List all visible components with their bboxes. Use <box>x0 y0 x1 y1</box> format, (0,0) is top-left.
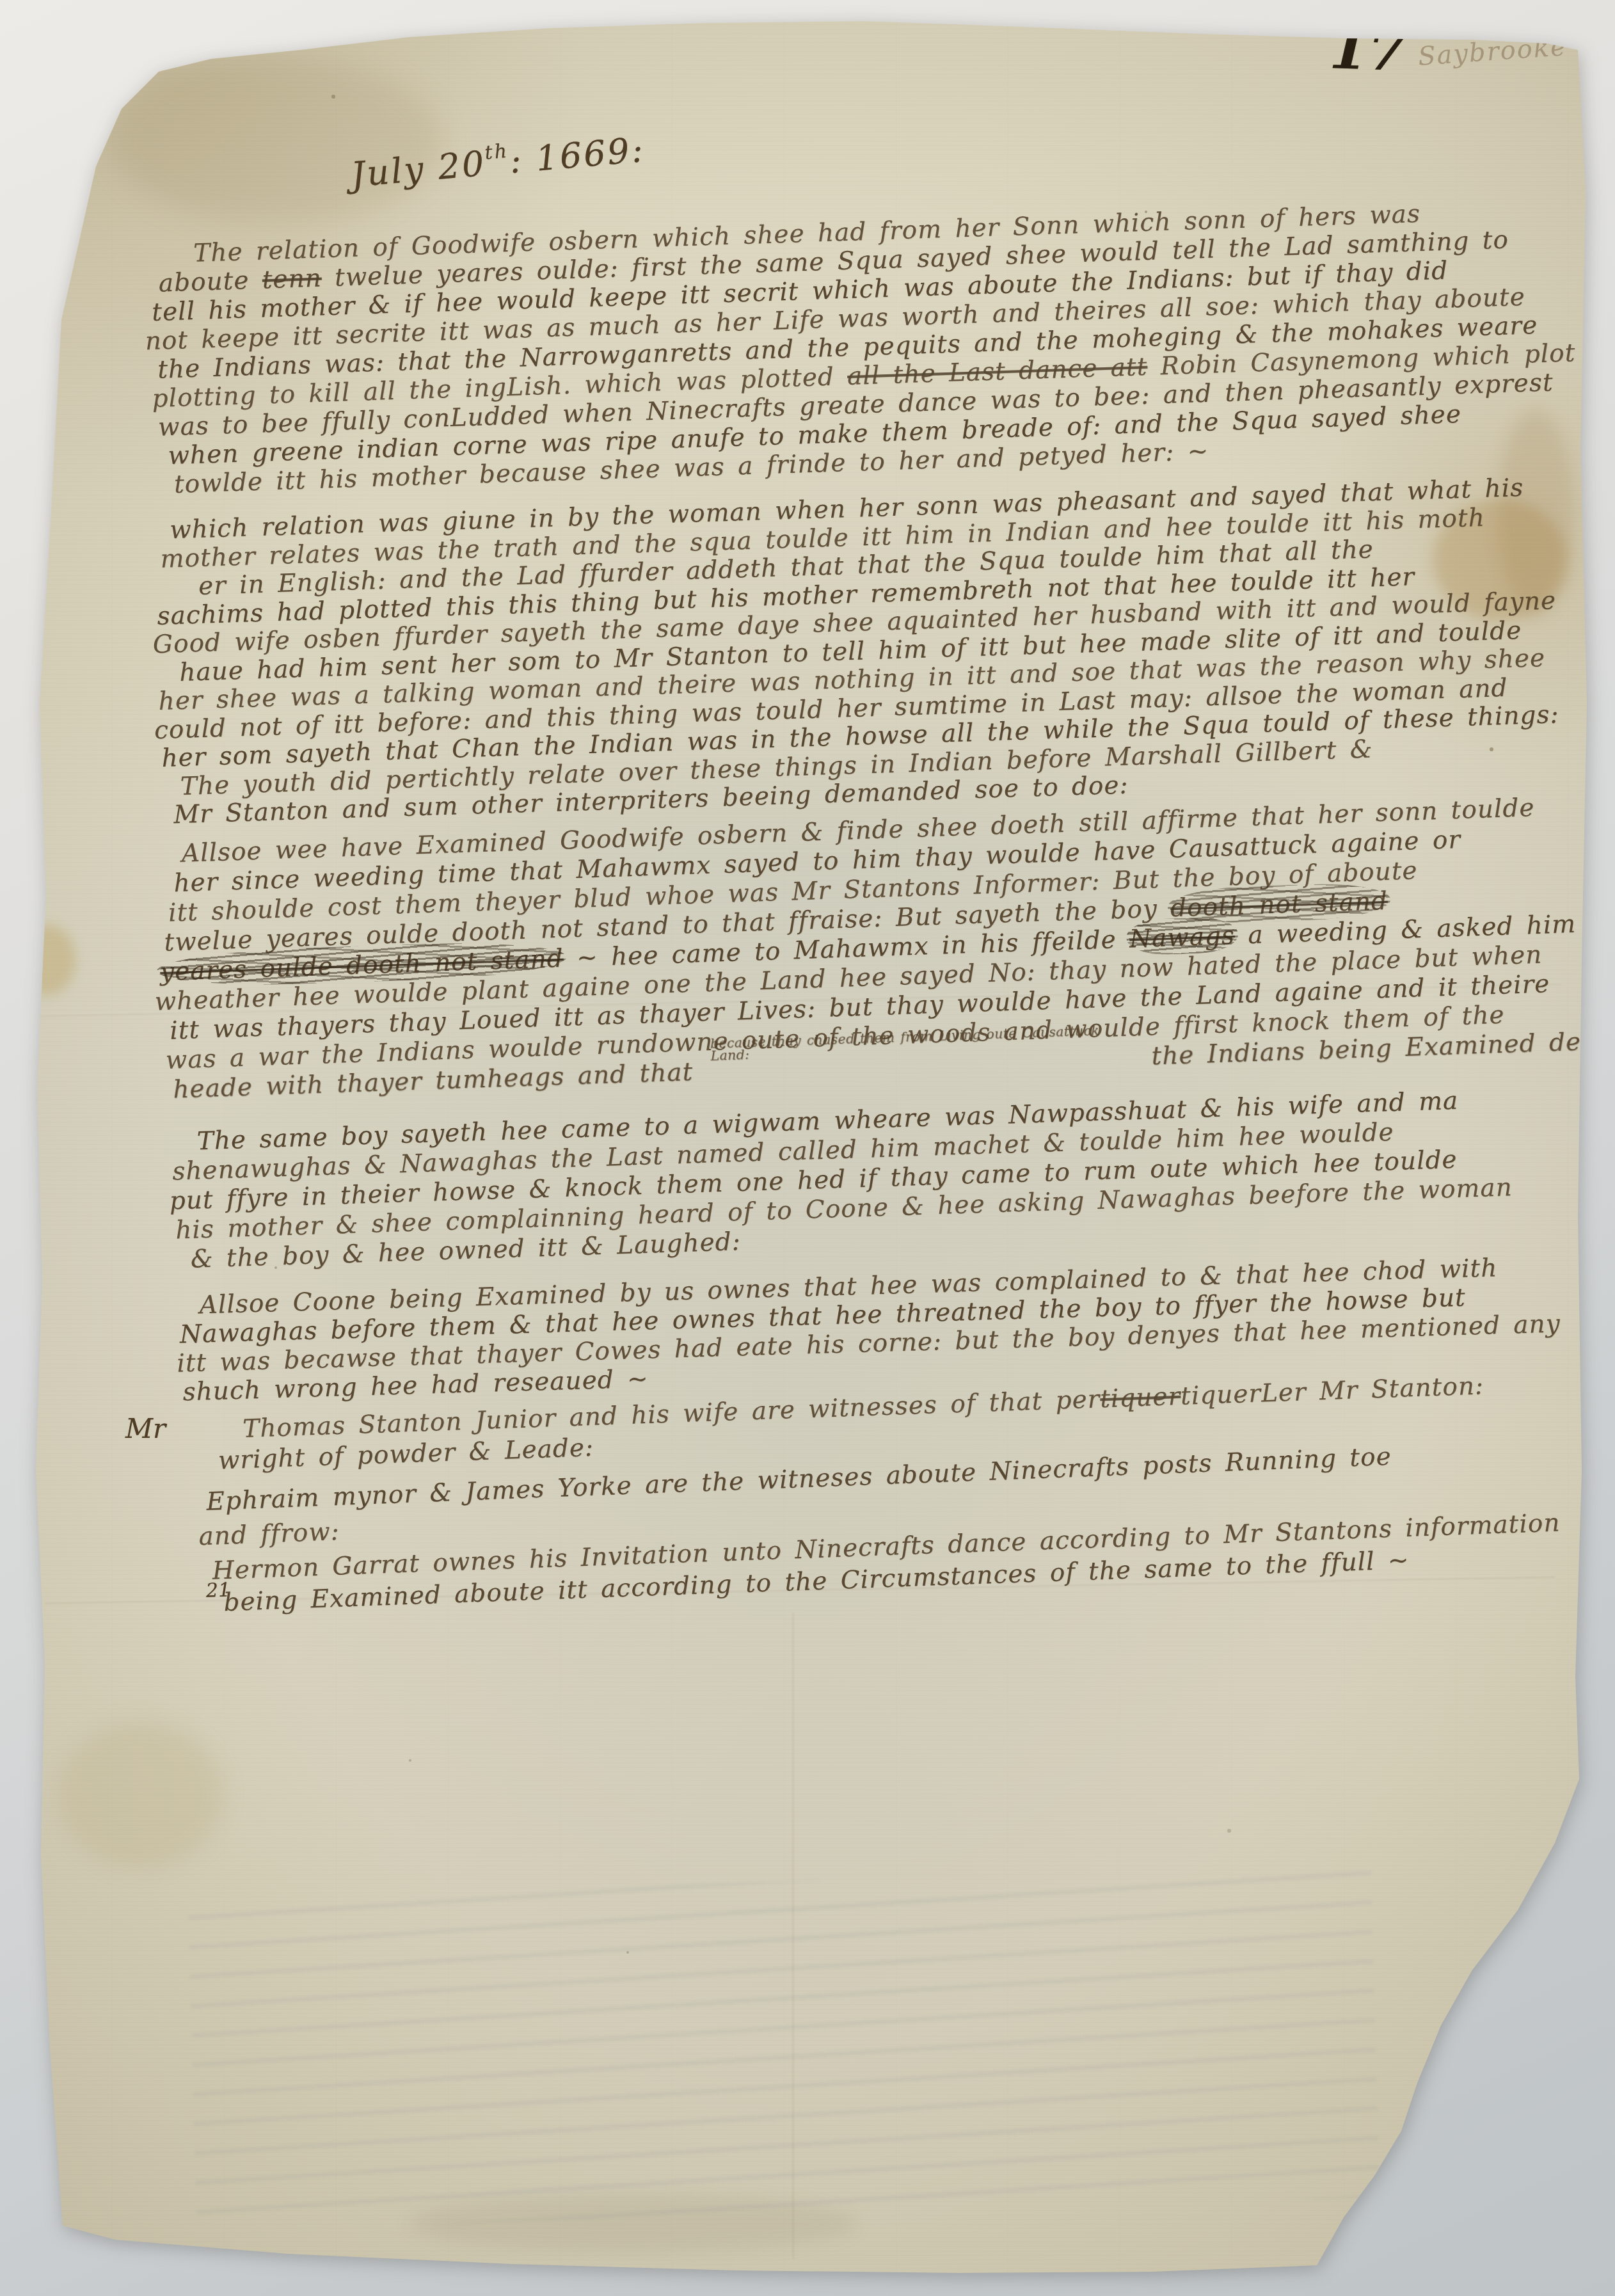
margin-note: Mr <box>125 1413 166 1444</box>
strike-text-segment: tenn <box>262 264 322 294</box>
text-segment: and ffrow: <box>198 1517 340 1551</box>
strike-text-segment: tiquer <box>1099 1382 1181 1414</box>
scribble-text-segment: Nawags <box>1129 921 1235 954</box>
stain <box>58 1721 224 1869</box>
date-superscript: th <box>484 140 509 164</box>
foxing-specks <box>0 0 1 1</box>
ink-bleedthrough-lines <box>187 1865 1380 2230</box>
text-segment: aboute <box>158 266 262 298</box>
manuscript-paragraph: Allsoe wee have Examined Goodwife osbern… <box>170 792 1605 1105</box>
manuscript-paragraph: The same boy sayeth hee came to a wigwam… <box>179 1081 1609 1275</box>
manuscript-paragraph: which relation was giune in by the woman… <box>161 472 1596 830</box>
date-suffix: : 1669: <box>508 129 647 181</box>
archival-note: Saybrooke <box>1417 32 1568 72</box>
manuscript-paragraph: The relation of Goodwife osbern which sh… <box>152 195 1587 500</box>
stain <box>18 925 76 995</box>
scanned-manuscript-page: { "document": { "archival_page_number": … <box>0 0 1615 2296</box>
paper-sheet-wrapper: 17 Saybrooke July 20th: 1669: The relati… <box>0 0 1615 2296</box>
fold-crease <box>792 1613 794 2259</box>
manuscript-paper: 17 Saybrooke July 20th: 1669: The relati… <box>0 0 1615 2296</box>
stain <box>109 58 442 224</box>
archival-page-number: 17 <box>1328 17 1407 84</box>
footer-number: 21 <box>205 1579 230 1602</box>
